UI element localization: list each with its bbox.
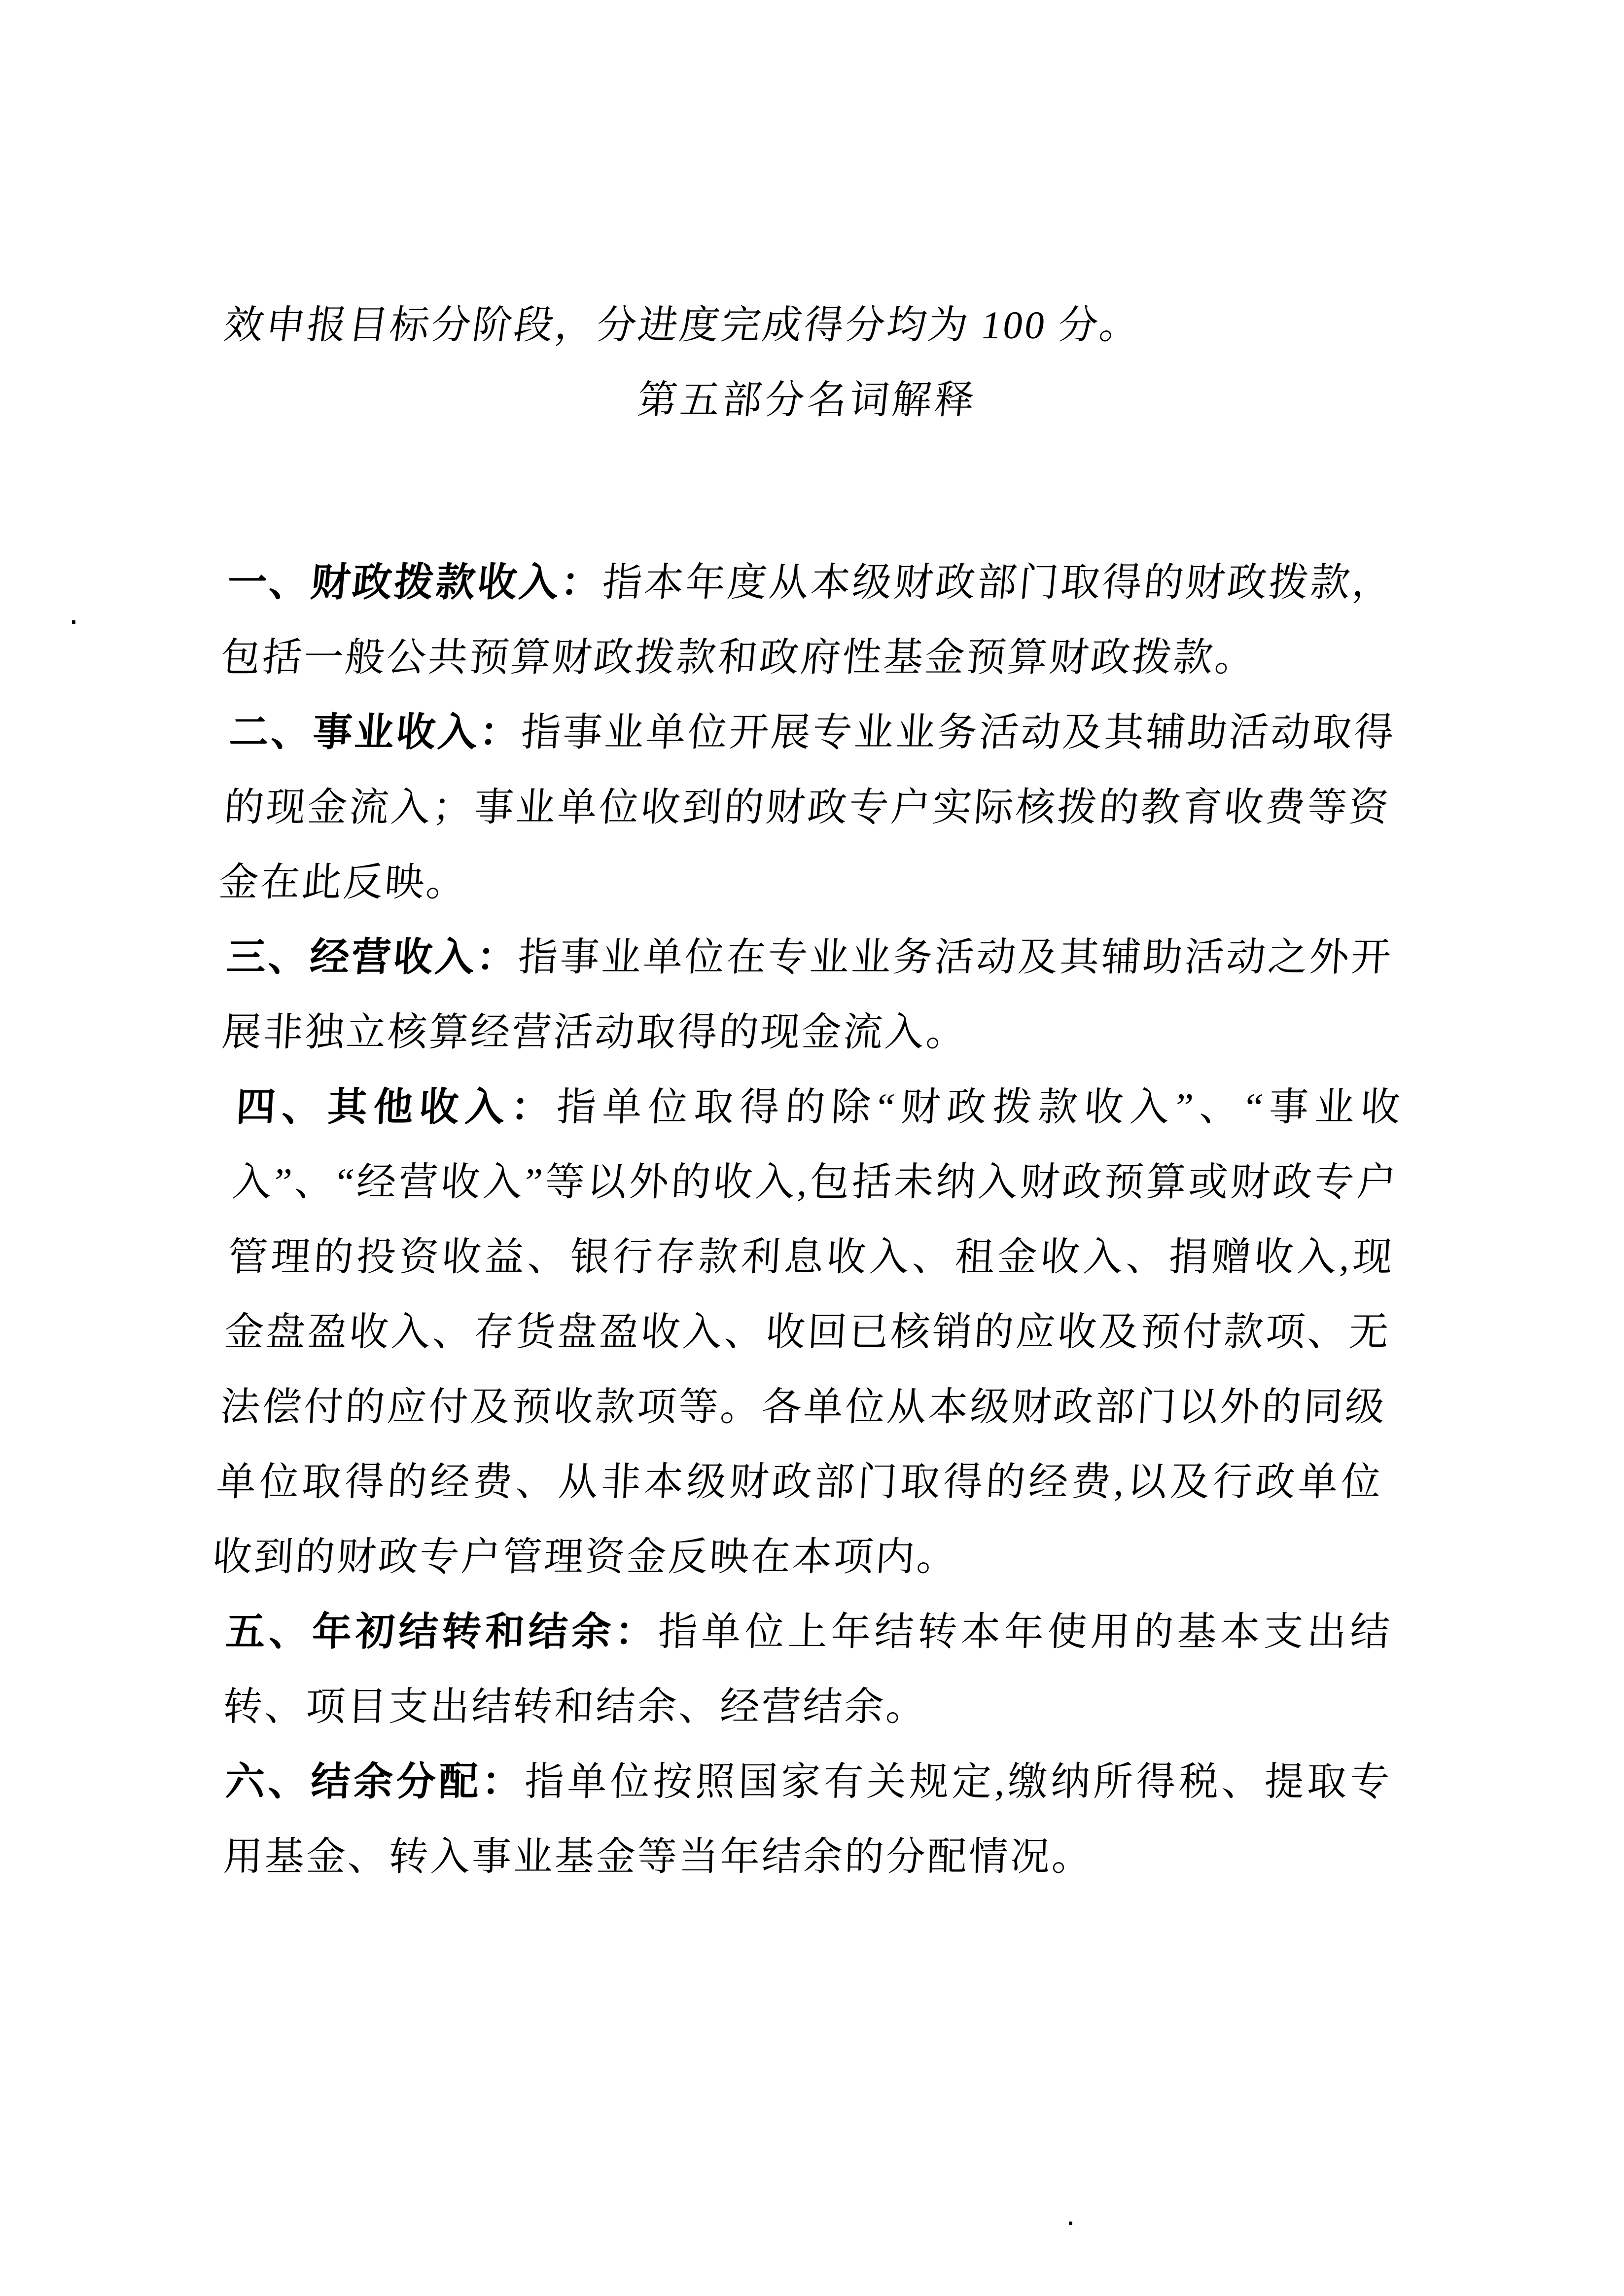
term-label: 五、年初结转和结余： [225, 1611, 659, 1654]
term-paragraph-4: 四、其他收入：指单位取得的除“财政拨款收入”、“事业收入”、“经营收入”等以外的… [211, 1070, 1404, 1595]
document-content: 效申报目标分阶段，分进度完成得分均为 100 分。 第五部分名词解释 一、财政拨… [224, 288, 1390, 1895]
term-paragraph-1: 一、财政拨款收入：指本年度从本级财政部门取得的财政拨款，包括一般公共预算财政拨款… [218, 545, 1397, 695]
term-label: 一、财政拨款收入： [226, 561, 604, 605]
term-label: 四、其他收入： [235, 1086, 558, 1129]
term-label: 三、经营收入： [225, 936, 520, 979]
intro-paragraph: 效申报目标分阶段，分进度完成得分均为 100 分。 [219, 288, 1395, 363]
term-paragraph-2: 二、事业收入：指事业单位开展专业业务活动及其辅助活动取得的现金流入；事业单位收到… [216, 695, 1398, 920]
term-label: 二、事业收入： [228, 711, 523, 754]
scan-artifact-dot [1069, 2222, 1072, 2225]
document-page: 效申报目标分阶段，分进度完成得分均为 100 分。 第五部分名词解释 一、财政拨… [0, 0, 1624, 2296]
term-paragraph-6: 六、结余分配：指单位按照国家有关规定,缴纳所得税、提取专用基金、转入事业基金等当… [222, 1745, 1392, 1895]
term-paragraph-5: 五、年初结转和结余：指单位上年结转本年使用的基本支出结转、项目支出结转和结余、经… [222, 1595, 1393, 1745]
section-heading: 第五部分名词解释 [221, 363, 1394, 438]
term-label: 六、结余分配： [225, 1760, 525, 1804]
term-body: 指单位取得的除“财政拨款收入”、“事业收入”、“经营收入”等以外的收入,包括未纳… [212, 1086, 1403, 1579]
term-paragraph-3: 三、经营收入：指事业单位在专业业务活动及其辅助活动之外开展非独立核算经营活动取得… [220, 920, 1395, 1070]
scan-artifact-dot [72, 620, 75, 624]
